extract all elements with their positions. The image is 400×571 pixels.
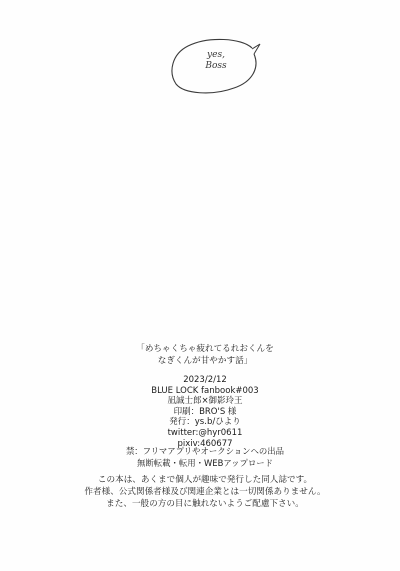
book-title-line-1: 「めちゃくちゃ疲れてるれおくんを xyxy=(100,344,310,356)
bubble-text: yes, Boss xyxy=(188,50,244,72)
bubble-line-2: Boss xyxy=(188,61,244,72)
printer-label: 印刷：BRO'S 様 xyxy=(100,407,310,418)
publication-date: 2023/2/12 xyxy=(100,375,310,386)
disclaimer: この本は、あくまで個人が趣味で発行した同人誌です。 作者様、公式関係者様及び関連… xyxy=(40,474,370,510)
disclaimer-line-1: この本は、あくまで個人が趣味で発行した同人誌です。 xyxy=(40,474,370,486)
twitter-handle: twitter:@hyr0611 xyxy=(100,428,310,439)
disclaimer-line-3: また、一般の方の目に触れないようご配慮下さい。 xyxy=(40,498,370,510)
speech-bubble: yes, Boss xyxy=(168,34,264,98)
notice-line-1: 禁：フリマアプリやオークションへの出品 xyxy=(100,446,310,458)
publisher-label: 発行：ys.b/ひより xyxy=(100,417,310,428)
prohibition-notice: 禁：フリマアプリやオークションへの出品 無断転載・転用・WEBアップロード xyxy=(100,446,310,469)
book-title-line-2: なぎくんが甘やかす話」 xyxy=(100,356,310,368)
notice-line-2: 無断転載・転用・WEBアップロード xyxy=(100,458,310,470)
book-colophon-page: yes, Boss 「めちゃくちゃ疲れてるれおくんを なぎくんが甘やかす話」 2… xyxy=(0,0,400,571)
colophon: 「めちゃくちゃ疲れてるれおくんを なぎくんが甘やかす話」 2023/2/12 B… xyxy=(100,344,310,449)
pairing-label: 凪誠士郎×御影玲王 xyxy=(100,396,310,407)
disclaimer-line-2: 作者様、公式関係者様及び関連企業とは一切関係ありません。 xyxy=(40,486,370,498)
bubble-line-1: yes, xyxy=(188,50,244,61)
series-label: BLUE LOCK fanbook#003 xyxy=(100,386,310,397)
spacer xyxy=(100,367,310,375)
